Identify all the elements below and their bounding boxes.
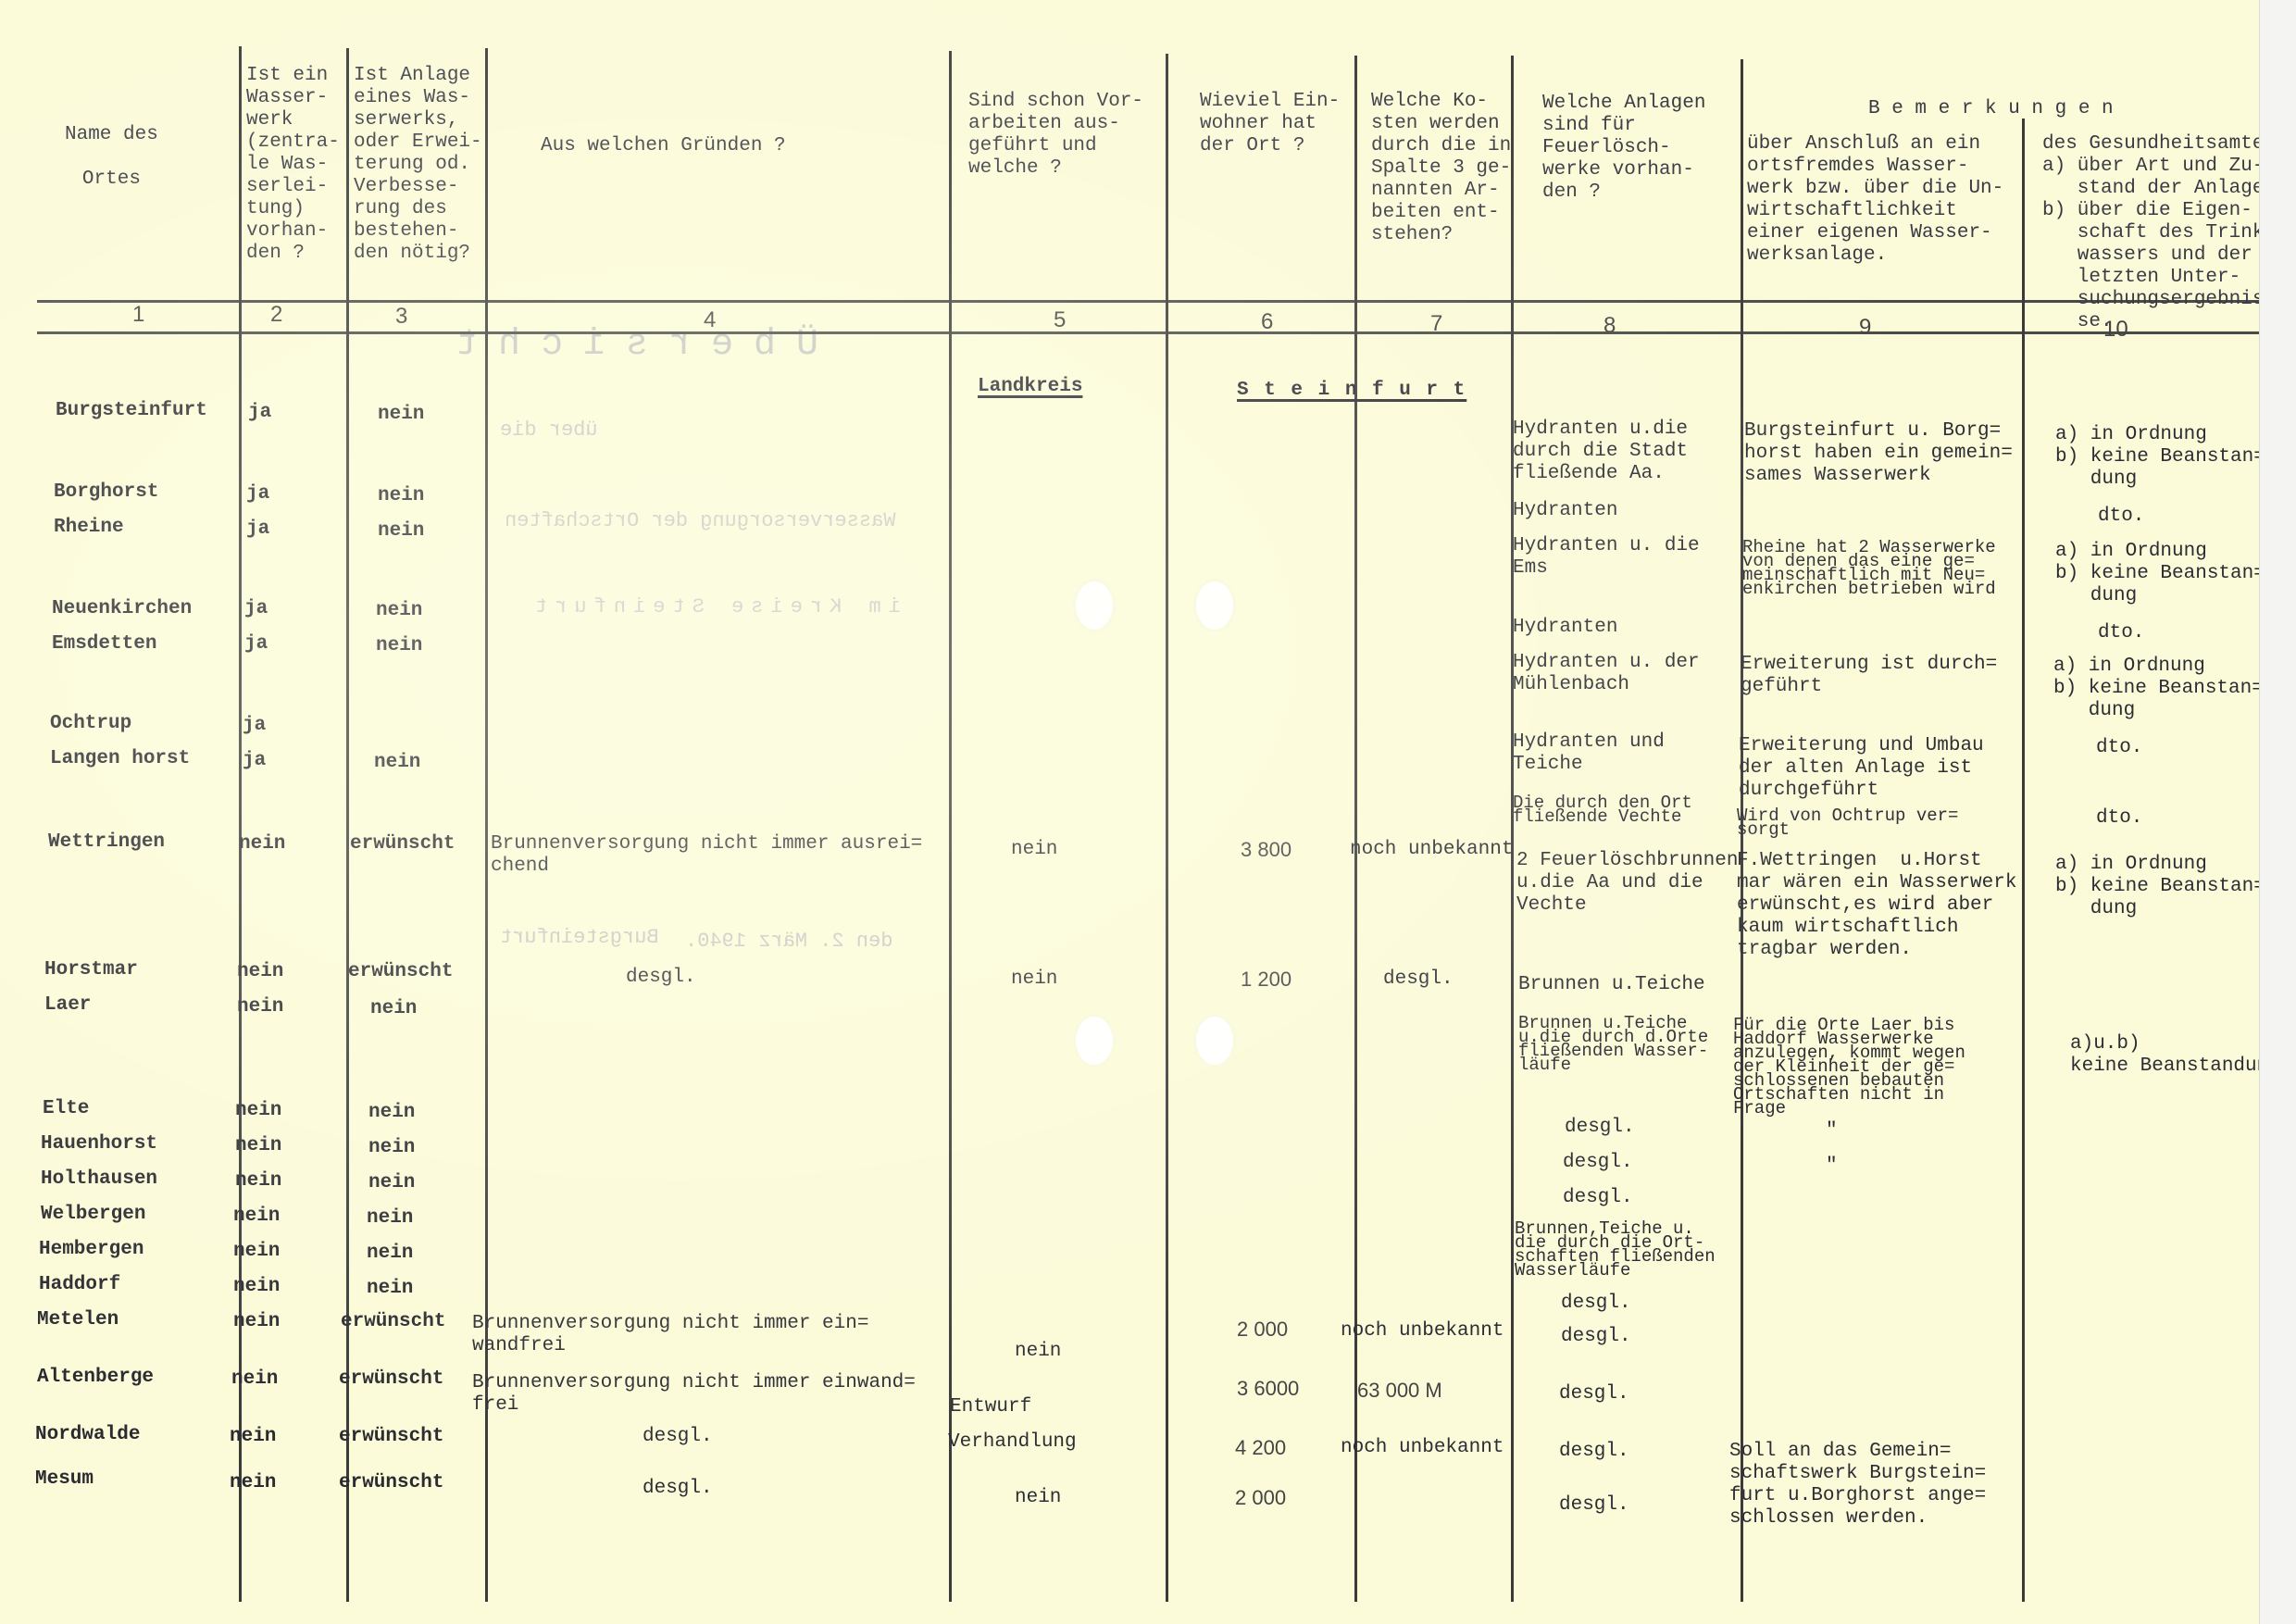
row-name: Emsdetten bbox=[52, 633, 156, 656]
header-col8: Welche Anlagen sind für Feuerlösch- werk… bbox=[1542, 93, 1705, 204]
bleed-through-place: Burgsteinfurt bbox=[500, 926, 659, 949]
remark10-1: a) in Ordnung b) keine Beanstan= dung bbox=[2055, 424, 2265, 491]
column-number: 10 bbox=[2103, 319, 2128, 341]
column-number: 7 bbox=[1430, 313, 1442, 335]
remark9-3: Erweiterung ist durch= geführt bbox=[1741, 654, 1997, 698]
row-c3: nein bbox=[367, 1243, 413, 1265]
prework-mesum: nein bbox=[1015, 1487, 1061, 1509]
firefight-11: desgl. bbox=[1565, 1117, 1635, 1139]
firefight-7: Die durch den Ort fließende Vechte bbox=[1513, 796, 1692, 824]
bleed-through-line1: über die bbox=[500, 418, 598, 442]
header-col5: Sind schon Vor- arbeiten aus- geführt un… bbox=[968, 91, 1143, 180]
remark10-6: dto. bbox=[2096, 737, 2142, 759]
remark10-2: dto. bbox=[2098, 506, 2144, 528]
firefight-5: Hydranten u. der Mühlenbach bbox=[1513, 652, 1700, 696]
row-name: Hauenhorst bbox=[41, 1133, 157, 1156]
bleed-through-line3: im Kreise Steinfurt bbox=[528, 595, 901, 618]
row-c2: nein bbox=[230, 1426, 276, 1448]
column-divider bbox=[1166, 54, 1168, 1602]
header-col6: Wieviel Ein- wohner hat der Ort ? bbox=[1200, 91, 1340, 157]
row-c2: ja bbox=[246, 518, 269, 541]
row-name: Holthausen bbox=[41, 1168, 157, 1191]
row-name: Horstmar bbox=[44, 959, 138, 981]
firefight-1: Hydranten u.die durch die Stadt fließend… bbox=[1513, 418, 1688, 485]
remark9-8: " bbox=[1826, 1120, 1838, 1143]
remark9-9: " bbox=[1826, 1156, 1838, 1178]
firefight-16: desgl. bbox=[1561, 1326, 1631, 1348]
remark10-7: dto. bbox=[2096, 807, 2142, 830]
row-c2: nein bbox=[233, 1206, 280, 1228]
row-name: Hembergen bbox=[39, 1239, 143, 1261]
cost-nordwalde: noch unbekannt bbox=[1341, 1437, 1504, 1459]
row-name: Burgsteinfurt bbox=[56, 400, 207, 422]
column-number: 4 bbox=[704, 309, 716, 331]
document-page: Übersicht über die Wasserversorgung der … bbox=[0, 0, 2259, 1624]
row-c2: nein bbox=[237, 961, 283, 983]
column-number: 8 bbox=[1603, 315, 1616, 337]
firefight-6: Hydranten und Teiche bbox=[1513, 731, 1665, 776]
row-c2: ja bbox=[244, 633, 268, 656]
prework-horstmar: nein bbox=[1011, 968, 1057, 991]
row-c3: nein bbox=[367, 1207, 413, 1230]
row-name: Altenberge bbox=[37, 1367, 154, 1389]
column-number: 1 bbox=[132, 304, 144, 326]
reason-wettringen: Brunnenversorgung nicht immer ausrei= ch… bbox=[491, 833, 922, 878]
row-c2: nein bbox=[235, 1170, 281, 1193]
remark10-9: a)u.b) keine Beanstandung bbox=[2070, 1033, 2280, 1078]
column-divider bbox=[949, 51, 952, 1602]
column-number: 9 bbox=[1859, 317, 1871, 339]
row-name: Metelen bbox=[37, 1309, 119, 1331]
header-bemerkungen: B e m e r k u n g e n bbox=[1868, 98, 2114, 120]
row-c2: nein bbox=[233, 1311, 280, 1333]
row-c2: nein bbox=[237, 996, 283, 1018]
remark10-8: a) in Ordnung b) keine Beanstan= dung bbox=[2055, 854, 2265, 920]
row-c2: ja bbox=[243, 715, 266, 737]
row-c3: nein bbox=[368, 1102, 415, 1124]
scan-margin bbox=[2259, 0, 2296, 1624]
row-name: Laer bbox=[44, 994, 91, 1017]
punch-hole bbox=[1196, 1017, 1233, 1065]
row-c3: nein bbox=[376, 635, 422, 657]
remark10-4: dto. bbox=[2098, 622, 2144, 644]
row-c2: nein bbox=[230, 1472, 276, 1494]
inhabitants-altenberge: 3 6000 bbox=[1237, 1378, 1299, 1400]
firefight-8: 2 Feuerlöschbrunnen u.die Aa und die Vec… bbox=[1516, 850, 1738, 917]
row-c2: nein bbox=[233, 1276, 280, 1298]
reason-horstmar: desgl. bbox=[626, 967, 696, 989]
row-c3: erwünscht bbox=[341, 1311, 445, 1333]
row-c3: erwünscht bbox=[339, 1426, 443, 1448]
row-c3: nein bbox=[368, 1172, 415, 1194]
firefight-18: desgl. bbox=[1559, 1441, 1629, 1463]
remark9-1: Burgsteinfurt u. Borg= horst haben ein g… bbox=[1744, 420, 2013, 487]
row-name: Wettringen bbox=[48, 831, 165, 854]
remark9-4: Erweiterung und Umbau der alten Anlage i… bbox=[1739, 735, 1984, 802]
cost-horstmar: desgl. bbox=[1383, 968, 1454, 991]
row-name: Langen horst bbox=[50, 748, 190, 770]
inhabitants-mesum: 2 000 bbox=[1235, 1487, 1286, 1509]
column-divider bbox=[1511, 56, 1514, 1602]
column-number-rule bbox=[37, 331, 2259, 334]
cost-wettringen: noch unbekannt bbox=[1350, 839, 1513, 861]
prework-wettringen: nein bbox=[1011, 839, 1057, 861]
row-c2: nein bbox=[239, 833, 285, 856]
row-c2: ja bbox=[244, 598, 268, 620]
column-divider bbox=[1354, 56, 1357, 1602]
header-col4: Aus welchen Gründen ? bbox=[541, 135, 786, 157]
row-c3: erwünscht bbox=[339, 1368, 443, 1391]
column-number: 5 bbox=[1054, 309, 1066, 331]
column-number: 6 bbox=[1261, 311, 1273, 333]
row-c3: nein bbox=[370, 998, 417, 1020]
firefight-9: Brunnen u.Teiche bbox=[1518, 974, 1705, 996]
row-c2: nein bbox=[233, 1241, 280, 1263]
reason-altenberge: Brunnenversorgung nicht immer einwand= f… bbox=[472, 1372, 916, 1417]
row-c3: nein bbox=[378, 404, 424, 426]
header-col9: über Anschluß an ein ortsfremdes Wasser-… bbox=[1747, 133, 2003, 267]
bleed-through-date: den 2. März 1940. bbox=[685, 930, 892, 953]
prework-altenberge: Entwurf bbox=[950, 1396, 1031, 1418]
firefight-12: desgl. bbox=[1563, 1152, 1633, 1174]
reason-nordwalde: desgl. bbox=[643, 1426, 713, 1448]
remark9-2: Rheine hat 2 Wasserwerke von denen das e… bbox=[1742, 541, 1996, 596]
row-name: Welbergen bbox=[41, 1204, 145, 1226]
row-c3: erwünscht bbox=[350, 833, 455, 856]
prework-nordwalde: Verhandlung bbox=[948, 1431, 1077, 1454]
row-c3: erwünscht bbox=[339, 1472, 443, 1494]
firefight-10: Brunnen u.Teiche u.die durch d.Orte flie… bbox=[1518, 1017, 1708, 1072]
row-c3: erwünscht bbox=[348, 961, 453, 983]
cost-altenberge: 63 000 M bbox=[1357, 1380, 1442, 1402]
firefight-4: Hydranten bbox=[1513, 617, 1617, 639]
remark9-5: Wird von Ochtrup ver= sorgt bbox=[1737, 809, 1958, 837]
header-rule bbox=[37, 300, 2259, 303]
row-c2: ja bbox=[243, 750, 266, 772]
row-c3: nein bbox=[378, 520, 424, 543]
row-name: Elte bbox=[43, 1098, 89, 1120]
firefight-19: desgl. bbox=[1559, 1494, 1629, 1517]
remark9-7: Für die Orte Laer bis Haddorf Wasserwerk… bbox=[1733, 1018, 1965, 1116]
column-number: 2 bbox=[270, 304, 282, 326]
remark9-10: Soll an das Gemein= schaftswerk Burgstei… bbox=[1729, 1441, 1986, 1530]
inhabitants-metelen: 2 000 bbox=[1237, 1318, 1288, 1341]
row-c2: nein bbox=[231, 1368, 278, 1391]
row-name: Rheine bbox=[54, 517, 124, 539]
row-c2: ja bbox=[246, 483, 269, 506]
row-c3: nein bbox=[378, 485, 424, 507]
header-col7: Welche Ko- sten werden durch die in Spal… bbox=[1371, 91, 1511, 246]
row-c2: nein bbox=[235, 1100, 281, 1122]
row-c3: nein bbox=[376, 600, 422, 622]
bleed-through-title: Übersicht bbox=[435, 324, 818, 366]
firefight-3: Hydranten u. die Ems bbox=[1513, 535, 1700, 580]
inhabitants-horstmar: 1 200 bbox=[1241, 968, 1291, 991]
punch-hole bbox=[1076, 1017, 1113, 1065]
row-name: Neuenkirchen bbox=[52, 598, 192, 620]
header-col1: Name des Ortes bbox=[65, 124, 158, 191]
row-c3: nein bbox=[367, 1278, 413, 1300]
prework-metelen: nein bbox=[1015, 1341, 1061, 1363]
header-col10: des Gesundheitsamtes a) über Art und Zu-… bbox=[2042, 133, 2276, 333]
firefight-2: Hydranten bbox=[1513, 500, 1617, 522]
row-name: Nordwalde bbox=[35, 1424, 140, 1446]
firefight-13: desgl. bbox=[1563, 1187, 1633, 1209]
reason-metelen: Brunnenversorgung nicht immer ein= wandf… bbox=[472, 1313, 868, 1357]
punch-hole bbox=[1076, 581, 1113, 630]
header-col3: Ist Anlage eines Was- serwerks, oder Erw… bbox=[354, 65, 482, 265]
row-name: Ochtrup bbox=[50, 713, 131, 735]
cost-metelen: noch unbekannt bbox=[1341, 1320, 1504, 1343]
column-number: 3 bbox=[395, 306, 407, 328]
row-name: Borghorst bbox=[54, 481, 158, 504]
section-title-steinfurt: S t e i n f u r t bbox=[1237, 380, 1466, 402]
section-title-landkreis: Landkreis bbox=[978, 376, 1082, 398]
row-c2: ja bbox=[248, 402, 271, 424]
firefight-15: desgl. bbox=[1561, 1293, 1631, 1315]
reason-mesum: desgl. bbox=[643, 1478, 713, 1500]
punch-hole bbox=[1196, 581, 1233, 630]
remark10-3: a) in Ordnung b) keine Beanstan= dung bbox=[2055, 541, 2265, 607]
header-col2: Ist ein Wasser- werk (zentra- le Was- se… bbox=[246, 65, 340, 265]
bleed-through-line2: Wasserversorgung der Ortschaften bbox=[505, 509, 895, 532]
row-c3: nein bbox=[368, 1137, 415, 1159]
remark9-6: F.Wettringen u.Horst mar wären ein Wasse… bbox=[1737, 850, 2016, 961]
row-c3: nein bbox=[374, 752, 420, 774]
column-divider bbox=[2022, 119, 2025, 1602]
row-c2: nein bbox=[235, 1135, 281, 1157]
column-divider bbox=[485, 48, 488, 1602]
remark10-5: a) in Ordnung b) keine Beanstan= dung bbox=[2053, 656, 2264, 722]
inhabitants-nordwalde: 4 200 bbox=[1235, 1437, 1286, 1459]
inhabitants-wettringen: 3 800 bbox=[1241, 839, 1291, 861]
firefight-14: Brunnen,Teiche u. die durch die Ort- sch… bbox=[1515, 1222, 1716, 1278]
row-name: Haddorf bbox=[39, 1274, 120, 1296]
row-name: Mesum bbox=[35, 1468, 94, 1491]
firefight-17: desgl. bbox=[1559, 1383, 1629, 1405]
